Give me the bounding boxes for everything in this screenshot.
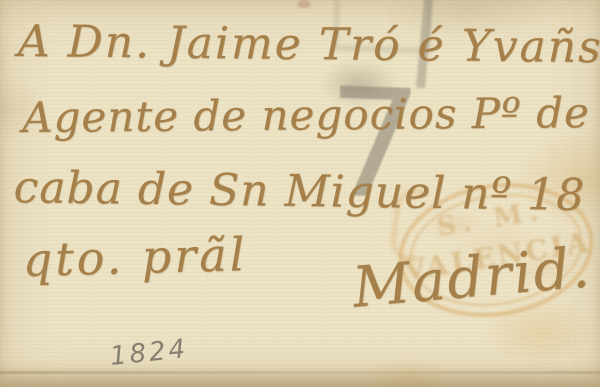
paper-stain (297, 0, 311, 8)
address-line-1: A Dn. Jaime Tró é Yvañs (17, 16, 600, 73)
address-line-2: Agente de negocios Pº de la (22, 88, 600, 142)
paper-fold-line (0, 371, 600, 374)
address-line-4: qto. prãl (22, 227, 248, 287)
address-line-3: caba de Sn Miguel nº 18 (13, 162, 585, 221)
letter-photo: 7 S. M. VALENCIA A Dn. Jaime Tró é Yvañs… (0, 0, 600, 387)
